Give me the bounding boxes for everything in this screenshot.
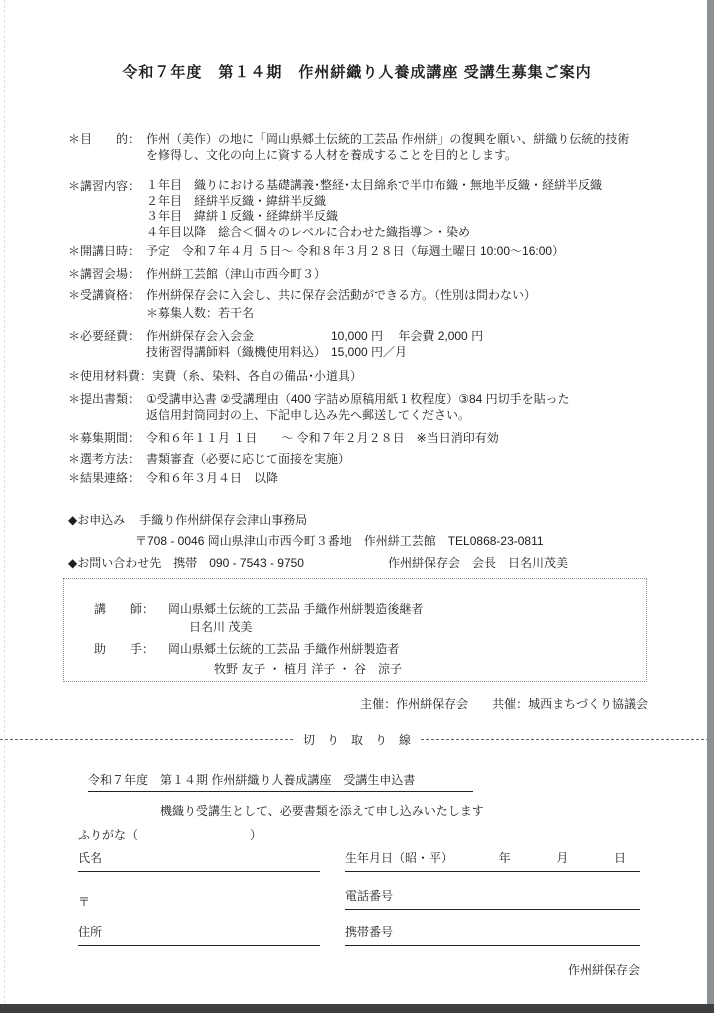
detail-text: ３年目 緯絣１反織・経緯絣半反織	[146, 209, 674, 225]
detail-row-period: ＊募集期間： 令和６年１１月 １日 ～ 令和７年２月２８日 ※当日消印有効	[68, 430, 674, 446]
detail-text: 令和６年３月４日 以降	[146, 470, 674, 486]
birthdate-field: 生年月日（昭・平） 年 月 日	[345, 851, 640, 872]
name-birth-row: 氏名 生年月日（昭・平） 年 月 日	[78, 851, 640, 872]
postal-field: 〒	[78, 895, 320, 910]
document-page: 令和７年度 第１４期 作州絣織り人養成講座 受講生募集ご案内 ＊目 的： 作州（…	[0, 0, 714, 1013]
page-right-edge	[707, 0, 714, 1013]
address-mobile-row: 住所 携帯番号	[78, 925, 640, 946]
detail-row-materials: ＊使用材料費： 実費（糸、染料、各自の備品･小道具）	[68, 368, 674, 384]
assistant-row: 助 手： 岡山県郷土伝統的工芸品 手織作州絣製造者	[94, 641, 646, 657]
detail-text: ４年目以降 総合＜個々のレベルに合わせた織指導＞・染め	[146, 225, 674, 241]
organizer-line: 主催：作州絣保存会 共催：城西まちづくり協議会	[68, 695, 648, 712]
detail-row-selection: ＊選考方法： 書類審査（必要に応じて面接を実施）	[68, 451, 674, 467]
phone-field: 電話番号	[345, 889, 640, 910]
detail-label: ＊募集期間：	[68, 430, 146, 446]
apply-heading: ◆お申込み	[68, 512, 125, 529]
detail-label: ＊講習内容：	[68, 178, 146, 240]
detail-label: ＊必要経費：	[68, 328, 146, 360]
application-info: ◆お申込み 手織り作州絣保存会津山事務局 〒708 - 0046 岡山県津山市西…	[68, 512, 674, 576]
birth-year-label: 年	[499, 851, 511, 866]
application-form: 令和７年度 第１４期 作州絣織り人養成講座 受講生申込書 機織り受講生として、必…	[78, 773, 640, 978]
detail-label: ＊目 的：	[68, 131, 146, 163]
cut-line-dash	[0, 739, 293, 740]
detail-row-fees: ＊必要経費： 作州絣保存会入会金10,000 円 年会費 2,000 円 技術習…	[68, 328, 674, 360]
document-title: 令和７年度 第１４期 作州絣織り人養成講座 受講生募集ご案内	[0, 61, 714, 82]
name-field: 氏名	[78, 851, 320, 872]
assistant-title: 岡山県郷土伝統的工芸品 手織作州絣製造者	[168, 641, 399, 657]
form-footer-org: 作州絣保存会	[78, 963, 640, 978]
postal-phone-row: 〒 電話番号	[78, 889, 640, 910]
fee-line: 技術習得講師料（織機使用料込）15,000 円／月	[146, 344, 674, 360]
detail-text: 作州絣工芸館（津山市西今町３）	[146, 266, 674, 282]
birth-month-label: 月	[556, 851, 568, 866]
teacher-name: 日名川 茂美	[189, 619, 646, 635]
detail-text: 令和６年１１月 １日 ～ 令和７年２月２８日 ※当日消印有効	[146, 430, 674, 446]
contact-heading: ◆お問い合わせ先	[68, 555, 161, 572]
fee-item: 作州絣保存会入会金	[146, 328, 331, 344]
contact-person: 作州絣保存会 会長 日名川茂美	[388, 555, 568, 572]
form-title: 令和７年度 第１４期 作州絣織り人養成講座 受講生申込書	[88, 773, 473, 792]
detail-text: 返信用封筒同封の上、下記申し込み先へ郵送してください。	[146, 407, 674, 423]
detail-text: 実費（糸、染料、各自の備品･小道具）	[152, 368, 674, 384]
detail-row-result: ＊結果連絡： 令和６年３月４日 以降	[68, 470, 674, 486]
teacher-row: 講 師： 岡山県郷土伝統的工芸品 手織作州絣製造後継者	[94, 601, 646, 617]
cut-line-dash	[421, 739, 714, 740]
detail-text: 作州絣保存会に入会し、共に保存会活動ができる方。（性別は問わない）	[146, 287, 674, 303]
detail-row-venue: ＊講習会場： 作州絣工芸館（津山市西今町３）	[68, 266, 674, 282]
detail-row-purpose: ＊目 的： 作州（美作）の地に「岡山県郷土伝統的工芸品 作州絣」の復興を願い、絣…	[68, 131, 674, 163]
contact-phone: 携帯 090 - 7543 - 9750	[173, 555, 304, 572]
fee-line: 作州絣保存会入会金10,000 円 年会費 2,000 円	[146, 328, 674, 344]
furigana-label: ふりがな（	[78, 828, 138, 842]
cut-line-label: 切 り 取 り 線	[293, 731, 421, 748]
details-list: ＊目 的： 作州（美作）の地に「岡山県郷土伝統的工芸品 作州絣」の復興を願い、絣…	[68, 131, 674, 492]
fee-item: 技術習得講師料（織機使用料込）	[146, 344, 331, 360]
apply-office: 手織り作州絣保存会津山事務局	[139, 512, 307, 529]
page-bottom-edge	[0, 1004, 714, 1013]
form-statement: 機織り受講生として、必要書類を添えて申し込みいたします	[160, 804, 640, 819]
cut-line: 切 り 取 り 線	[0, 731, 714, 748]
detail-label: ＊使用材料費：	[68, 368, 152, 384]
furigana-close: ）	[250, 828, 262, 842]
assistant-label: 助 手：	[94, 641, 156, 657]
detail-subtext: ＊募集人数：若干名	[146, 305, 674, 321]
detail-row-documents: ＊提出書類： ①受講申込書 ②受講理由（400 字詰め原稿用紙１枚程度）③84 …	[68, 391, 674, 423]
detail-text: 予定 令和７年４月 ５日～ 令和８年３月２８日（毎週土曜日 10:00～16:0…	[146, 243, 674, 259]
birthdate-label: 生年月日（昭・平）	[345, 851, 453, 866]
teacher-label: 講 師：	[94, 601, 156, 617]
detail-row-curriculum: ＊講習内容： １年目 織りにおける基礎講義･整経･太目綿糸で半巾布織・無地半反織…	[68, 178, 674, 240]
birth-day-label: 日	[614, 851, 626, 866]
detail-label: ＊提出書類：	[68, 391, 146, 423]
apply-address: 〒708 - 0046 岡山県津山市西今町３番地 作州絣工芸館 TEL0868-…	[135, 533, 674, 550]
detail-label: ＊開講日時：	[68, 243, 146, 259]
detail-label: ＊結果連絡：	[68, 470, 146, 486]
detail-text: を修得し、文化の向上に資する人材を養成することを目的とします。	[146, 147, 674, 163]
address-field: 住所	[78, 925, 320, 946]
contact-row: ◆お問い合わせ先 携帯 090 - 7543 - 9750 作州絣保存会 会長 …	[68, 555, 674, 572]
detail-row-schedule: ＊開講日時： 予定 令和７年４月 ５日～ 令和８年３月２８日（毎週土曜日 10:…	[68, 243, 674, 259]
apply-row: ◆お申込み 手織り作州絣保存会津山事務局	[68, 512, 674, 529]
detail-label: ＊講習会場：	[68, 266, 146, 282]
detail-text: ①受講申込書 ②受講理由（400 字詰め原稿用紙１枚程度）③84 円切手を貼った	[146, 391, 674, 407]
detail-row-eligibility: ＊受講資格： 作州絣保存会に入会し、共に保存会活動ができる方。（性別は問わない）…	[68, 287, 674, 321]
instructors-box: 講 師： 岡山県郷土伝統的工芸品 手織作州絣製造後継者 日名川 茂美 助 手： …	[63, 578, 647, 682]
detail-text: ２年目 経絣半反織・緯絣半反織	[146, 194, 674, 210]
detail-label: ＊受講資格：	[68, 287, 146, 321]
detail-text: １年目 織りにおける基礎講義･整経･太目綿糸で半巾布織・無地半反織・経絣半反織	[146, 178, 674, 194]
fee-amount: 10,000 円 年会費 2,000 円	[331, 329, 483, 343]
detail-text: 書類審査（必要に応じて面接を実施）	[146, 451, 674, 467]
detail-label: ＊選考方法：	[68, 451, 146, 467]
fee-amount: 15,000 円／月	[331, 345, 407, 359]
assistant-names: 牧野 友子 ・ 植月 洋子 ・ 谷 涼子	[214, 661, 646, 677]
detail-text: 作州（美作）の地に「岡山県郷土伝統的工芸品 作州絣」の復興を願い、絣織り伝統的技…	[146, 131, 674, 147]
mobile-field: 携帯番号	[345, 925, 640, 946]
furigana-row: ふりがな（）	[78, 828, 640, 843]
page-left-edge	[4, 0, 5, 1013]
teacher-title: 岡山県郷土伝統的工芸品 手織作州絣製造後継者	[168, 601, 423, 617]
furigana-field: ふりがな（）	[78, 828, 320, 843]
